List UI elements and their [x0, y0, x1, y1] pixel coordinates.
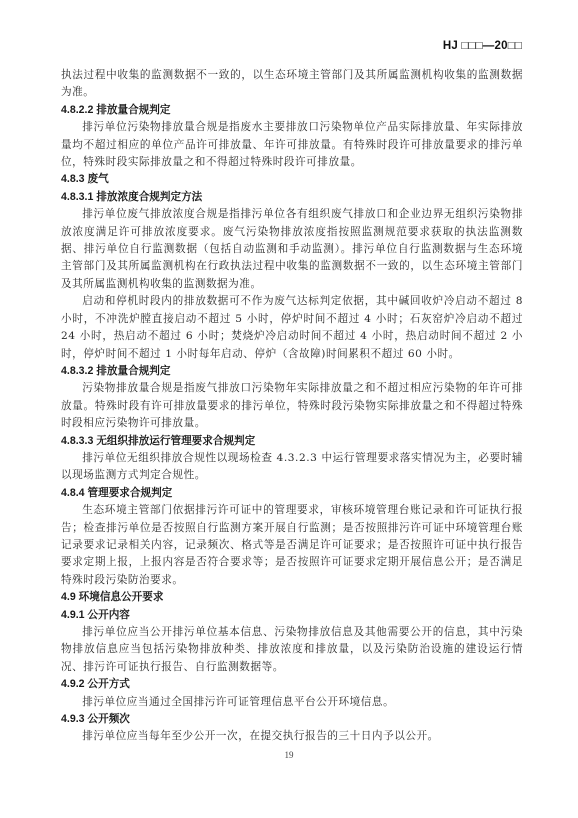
section-heading-4-9-1: 4.9.1 公开内容 [61, 607, 523, 624]
section-heading-4-8-3-3: 4.8.3.3 无组织排放运行管理要求合规判定 [61, 433, 523, 450]
paragraph: 排污单位废气排放浓度合规是指排污单位各有组织废气排放口和企业边界无组织污染物排放… [61, 206, 523, 293]
paragraph: 排污单位无组织排放合规性以现场检查 4.3.2.3 中运行管理要求落实情况为主，… [61, 450, 523, 485]
paragraph: 执法过程中收集的监测数据不一致的，以生态环境主管部门及其所属监测机构收集的监测数… [61, 67, 523, 102]
standard-code-header: HJ □□□—20□□ [443, 40, 522, 52]
section-heading-4-8-3-1: 4.8.3.1 排放浓度合规判定方法 [61, 189, 523, 206]
paragraph: 污染物排放量合规是指废气排放口污染物年实际排放量之和不超过相应污染物的年许可排放… [61, 380, 523, 432]
section-heading-4-8-3-2: 4.8.3.2 排放量合规判定 [61, 363, 523, 380]
section-heading-4-9: 4.9 环境信息公开要求 [61, 589, 523, 606]
paragraph: 排污单位应当公开排污单位基本信息、污染物排放信息及其他需要公开的信息，其中污染物… [61, 624, 523, 676]
section-heading-4-9-2: 4.9.2 公开方式 [61, 676, 523, 693]
section-heading-4-8-4: 4.8.4 管理要求合规判定 [61, 485, 523, 502]
paragraph: 生态环境主管部门依据排污许可证中的管理要求，审核环境管理台账记录和许可证执行报告… [61, 502, 523, 589]
document-body: 执法过程中收集的监测数据不一致的，以生态环境主管部门及其所属监测机构收集的监测数… [61, 67, 523, 746]
paragraph: 排污单位污染物排放量合规是指废水主要排放口污染物单位产品实际排放量、年实际排放量… [61, 119, 523, 171]
document-page: HJ □□□—20□□ 执法过程中收集的监测数据不一致的，以生态环境主管部门及其… [0, 0, 578, 818]
section-heading-4-9-3: 4.9.3 公开频次 [61, 711, 523, 728]
section-heading-4-8-3: 4.8.3 废气 [61, 171, 523, 188]
paragraph: 排污单位应当通过全国排污许可证管理信息平台公开环境信息。 [61, 694, 523, 711]
paragraph: 启动和停机时段内的排放数据可不作为废气达标判定依据，其中碱回收炉冷启动不超过 8… [61, 293, 523, 363]
paragraph: 排污单位应当每年至少公开一次，在提交执行报告的三十日内予以公开。 [61, 728, 523, 745]
section-heading-4-8-2-2: 4.8.2.2 排放量合规判定 [61, 102, 523, 119]
page-number: 19 [0, 750, 578, 760]
